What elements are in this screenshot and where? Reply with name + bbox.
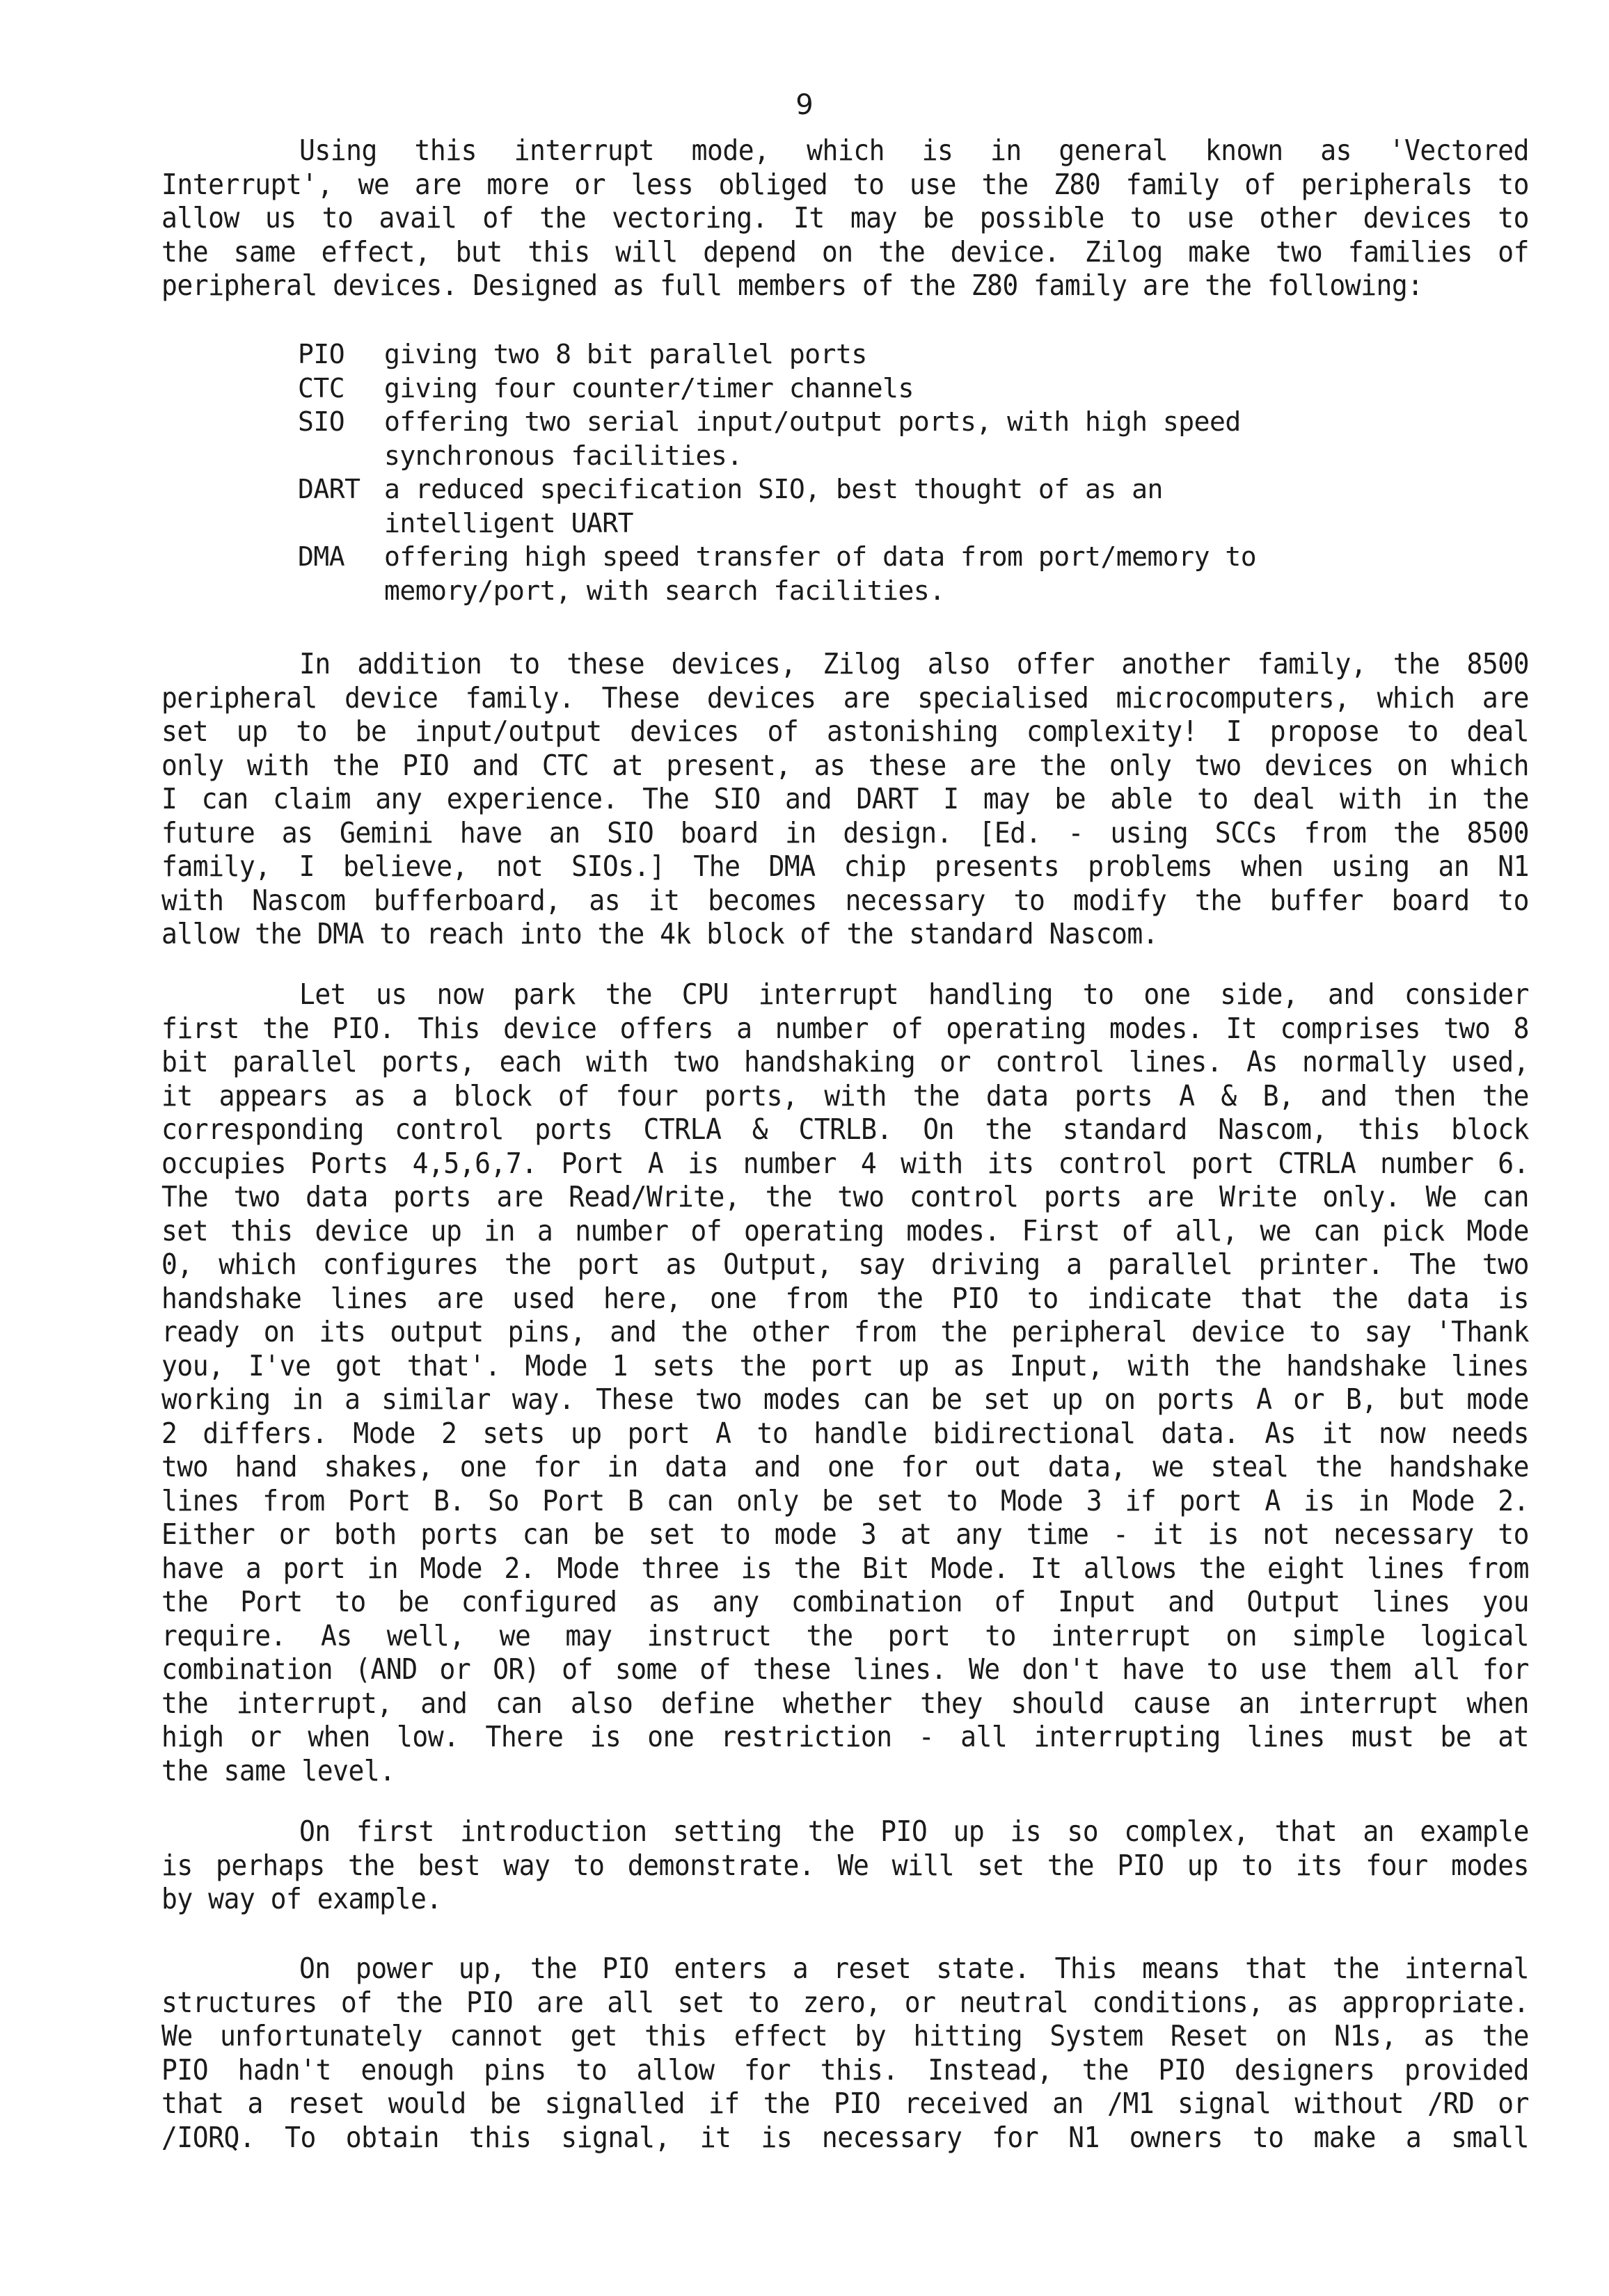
text-line: have a port in Mode 2. Mode three is the… (161, 1550, 1529, 1586)
device-abbr: DMA (298, 540, 384, 574)
device-description: offering two serial input/output ports, … (384, 405, 1411, 439)
text-line: bit parallel ports, each with two handsh… (161, 1044, 1529, 1080)
text-line: peripheral device family. These devices … (161, 680, 1529, 716)
device-description: synchronous facilities. (384, 439, 1411, 473)
text-line: peripheral devices. Designed as full mem… (161, 267, 1529, 303)
device-abbr-empty (298, 574, 384, 608)
device-description: giving four counter/timer channels (384, 372, 1411, 406)
text-line: set up to be input/output devices of ast… (161, 713, 1529, 749)
text-line: 0, which configures the port as Output, … (161, 1246, 1529, 1282)
device-abbr-empty (298, 439, 384, 473)
device-abbr: SIO (298, 405, 384, 439)
text-line: /IORQ. To obtain this signal, it is nece… (161, 2119, 1529, 2155)
text-line: it appears as a block of four ports, wit… (161, 1078, 1529, 1114)
text-line: corresponding control ports CTRLA & CTRL… (161, 1111, 1529, 1147)
device-item-pio: PIO giving two 8 bit parallel ports (298, 337, 1411, 372)
text-line: Let us now park the CPU interrupt handli… (161, 976, 1529, 1012)
text-line: high or when low. There is one restricti… (161, 1719, 1529, 1755)
text-line: only with the PIO and CTC at present, as… (161, 747, 1529, 783)
text-line: future as Gemini have an SIO board in de… (161, 815, 1529, 851)
text-line: We unfortunately cannot get this effect … (161, 2018, 1529, 2054)
text-line: lines from Port B. So Port B can only be… (161, 1483, 1529, 1519)
paragraph-vectored-interrupt: Using this interrupt mode, which is in g… (161, 134, 1529, 303)
device-description: intelligent UART (384, 507, 1411, 541)
text-line: require. As well, we may instruct the po… (161, 1618, 1529, 1654)
device-item-dart: DART a reduced specification SIO, best t… (298, 472, 1411, 507)
text-line: family, I believe, not SIOs.] The DMA ch… (161, 848, 1529, 884)
text-line: On power up, the PIO enters a reset stat… (161, 1950, 1529, 1986)
device-description: memory/port, with search facilities. (384, 574, 1411, 608)
paragraph-power-up-reset: On power up, the PIO enters a reset stat… (161, 1952, 1529, 2154)
text-line: two hand shakes, one for in data and one… (161, 1449, 1529, 1485)
text-line: the same level. (161, 1753, 1529, 1789)
text-line: allow us to avail of the vectoring. It m… (161, 200, 1529, 236)
device-description: a reduced specification SIO, best though… (384, 472, 1411, 507)
device-abbr: DART (298, 472, 384, 507)
text-line: set this device up in a number of operat… (161, 1213, 1529, 1249)
text-line: the Port to be configured as any combina… (161, 1584, 1529, 1620)
device-item-ctc: CTC giving four counter/timer channels (298, 372, 1411, 406)
device-abbr-empty (298, 507, 384, 541)
text-line: I can claim any experience. The SIO and … (161, 781, 1529, 817)
text-line: Interrupt', we are more or less obliged … (161, 166, 1529, 202)
text-line: you, I've got that'. Mode 1 sets the por… (161, 1348, 1529, 1384)
text-line: Either or both ports can be set to mode … (161, 1516, 1529, 1552)
text-line: 2 differs. Mode 2 sets up port A to hand… (161, 1415, 1529, 1451)
device-description: offering high speed transfer of data fro… (384, 540, 1411, 574)
text-line: the interrupt, and can also define wheth… (161, 1685, 1529, 1721)
device-item-dma-cont: memory/port, with search facilities. (298, 574, 1411, 608)
text-line: The two data ports are Read/Write, the t… (161, 1179, 1529, 1215)
text-line: first the PIO. This device offers a numb… (161, 1010, 1529, 1046)
text-line: combination (AND or OR) of some of these… (161, 1651, 1529, 1687)
text-line: PIO hadn't enough pins to allow for this… (161, 2052, 1529, 2088)
device-list: PIO giving two 8 bit parallel ports CTC … (298, 337, 1411, 607)
text-line: working in a similar way. These two mode… (161, 1381, 1529, 1417)
text-line: by way of example. (161, 1881, 1529, 1917)
device-item-sio-cont: synchronous facilities. (298, 439, 1411, 473)
text-line: allow the DMA to reach into the 4k block… (161, 916, 1529, 952)
text-line: occupies Ports 4,5,6,7. Port A is number… (161, 1145, 1529, 1181)
text-line: Using this interrupt mode, which is in g… (161, 132, 1529, 168)
device-item-dma: DMA offering high speed transfer of data… (298, 540, 1411, 574)
paragraph-pio-modes: Let us now park the CPU interrupt handli… (161, 978, 1529, 1787)
text-line: ready on its output pins, and the other … (161, 1314, 1529, 1350)
paragraph-8500-family: In addition to these devices, Zilog also… (161, 647, 1529, 951)
text-line: On first introduction setting the PIO up… (161, 1813, 1529, 1849)
text-line: handshake lines are used here, one from … (161, 1280, 1529, 1316)
text-line: In addition to these devices, Zilog also… (161, 646, 1529, 682)
paragraph-example-intro: On first introduction setting the PIO up… (161, 1815, 1529, 1916)
device-item-dart-cont: intelligent UART (298, 507, 1411, 541)
text-line: the same effect, but this will depend on… (161, 234, 1529, 270)
text-line: is perhaps the best way to demonstrate. … (161, 1847, 1529, 1883)
device-abbr: PIO (298, 337, 384, 372)
text-line: structures of the PIO are all set to zer… (161, 1984, 1529, 2020)
device-description: giving two 8 bit parallel ports (384, 337, 1411, 372)
text-line: with Nascom bufferboard, as it becomes n… (161, 882, 1529, 918)
device-item-sio: SIO offering two serial input/output por… (298, 405, 1411, 439)
device-abbr: CTC (298, 372, 384, 406)
text-line: that a reset would be signalled if the P… (161, 2085, 1529, 2121)
page-number: 9 (0, 89, 1609, 121)
